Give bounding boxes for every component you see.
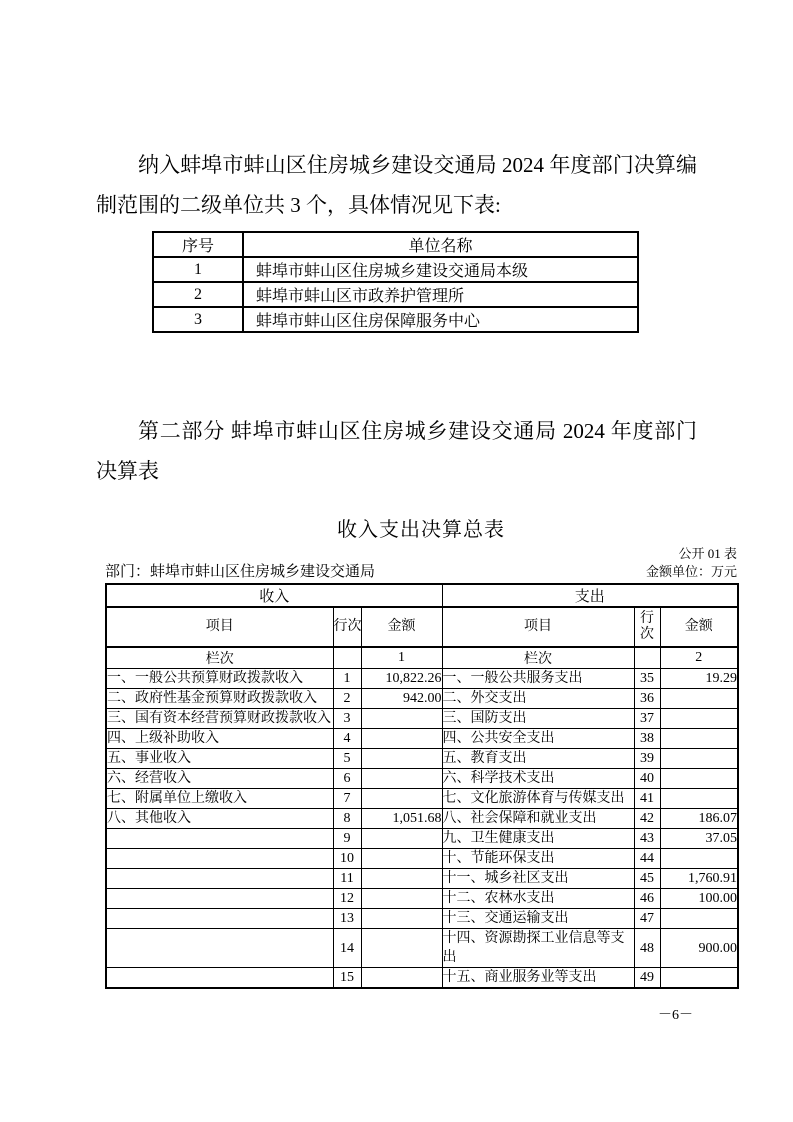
expenditure-amount-cell: 186.07 [660,809,738,829]
expenditure-item-cell: 四、公共安全支出 [442,729,634,749]
expenditure-line-no-cell: 49 [634,968,660,989]
expenditure-line-no-cell: 43 [634,829,660,849]
unit-name-cell: 蚌埠市蚌山区住房城乡建设交通局本级 [243,257,638,282]
unit-name-cell: 蚌埠市蚌山区住房保障服务中心 [243,307,638,332]
expenditure-amount-cell [660,849,738,869]
expenditure-amount-cell [660,968,738,989]
expenditure-item-column-header: 项目 [442,607,634,647]
amount-unit-label: 金额单位：万元 [646,562,737,582]
income-amount-cell [361,729,442,749]
expenditure-amount-cell [660,749,738,769]
expenditure-amount-cell [660,729,738,749]
table-row: 1 蚌埠市蚌山区住房城乡建设交通局本级 [153,257,638,282]
expenditure-line-no-cell: 36 [634,689,660,709]
column-header-row: 项目 行次 金额 项目 行次 金额 [106,607,738,647]
table-row: 一、一般公共预算财政拨款收入 1 10,822.26 一、一般公共服务支出 35… [106,669,738,689]
expenditure-amount-cell [660,709,738,729]
income-item-column-header: 项目 [106,607,333,647]
table-row: 三、国有资本经营预算财政拨款收入 3 三、国防支出 37 [106,709,738,729]
table-row: 15 十五、商业服务业等支出 49 [106,968,738,989]
empty-cell [634,647,660,669]
expenditure-item-cell: 五、教育支出 [442,749,634,769]
income-item-cell [106,968,333,989]
income-section-header: 收入 [106,584,442,607]
income-amount-cell [361,749,442,769]
expenditure-item-cell: 九、卫生健康支出 [442,829,634,849]
expenditure-amount-cell: 1,760.91 [660,869,738,889]
expenditure-line-no-cell: 40 [634,769,660,789]
expenditure-item-cell: 六、科学技术支出 [442,769,634,789]
income-amount-cell: 10,822.26 [361,669,442,689]
expenditure-index-number-cell: 2 [660,647,738,669]
income-line-no-cell: 6 [333,769,361,789]
section-header-row: 收入 支出 [106,584,738,607]
income-line-no-cell: 5 [333,749,361,769]
income-line-no-cell: 9 [333,829,361,849]
income-line-no-column-header: 行次 [333,607,361,647]
expenditure-index-label-cell: 栏次 [442,647,634,669]
income-amount-cell [361,968,442,989]
table-row: 13 十三、交通运输支出 47 [106,909,738,929]
expenditure-item-cell: 十一、城乡社区支出 [442,869,634,889]
column-index-row: 栏次 1 栏次 2 [106,647,738,669]
expenditure-line-no-cell: 46 [634,889,660,909]
table-row: 二、政府性基金预算财政拨款收入 2 942.00 二、外交支出 36 [106,689,738,709]
income-item-cell [106,869,333,889]
expenditure-line-no-cell: 47 [634,909,660,929]
table-row: 3 蚌埠市蚌山区住房保障服务中心 [153,307,638,332]
expenditure-item-cell: 十二、农林水支出 [442,889,634,909]
table-row: 14 十四、资源勘探工业信息等支出 48 900.00 [106,929,738,968]
expenditure-item-cell: 十四、资源勘探工业信息等支出 [442,929,634,968]
summary-table-title: 收入支出决算总表 [105,513,737,542]
income-line-no-cell: 8 [333,809,361,829]
table-row: 12 十二、农林水支出 46 100.00 [106,889,738,909]
income-amount-cell: 942.00 [361,689,442,709]
expenditure-item-cell: 二、外交支出 [442,689,634,709]
summary-table-block: 收入支出决算总表 公开 01 表 部门：蚌埠市蚌山区住房城乡建设交通局 金额单位… [105,513,737,989]
income-amount-cell [361,829,442,849]
expenditure-amount-cell: 100.00 [660,889,738,909]
unit-number-cell: 3 [153,307,243,332]
expenditure-line-no-cell: 48 [634,929,660,968]
table-row: 9 九、卫生健康支出 43 37.05 [106,829,738,849]
units-col-header-name: 单位名称 [243,232,638,257]
table-meta-row: 部门：蚌埠市蚌山区住房城乡建设交通局 金额单位：万元 [105,562,737,582]
income-item-cell [106,889,333,909]
income-item-cell [106,909,333,929]
expenditure-amount-cell: 900.00 [660,929,738,968]
expenditure-line-no-cell: 44 [634,849,660,869]
income-line-no-cell: 3 [333,709,361,729]
expenditure-amount-cell: 19.29 [660,669,738,689]
expenditure-item-cell: 三、国防支出 [442,709,634,729]
expenditure-amount-cell [660,909,738,929]
expenditure-amount-cell: 37.05 [660,829,738,849]
expenditure-section-header: 支出 [442,584,738,607]
income-amount-cell [361,709,442,729]
units-table-header-row: 序号 单位名称 [153,232,638,257]
expenditure-line-no-cell: 39 [634,749,660,769]
document-page: 纳入蚌埠市蚌山区住房城乡建设交通局 2024 年度部门决算编制范围的二级单位共 … [0,0,793,1122]
income-item-cell [106,929,333,968]
units-col-header-number: 序号 [153,232,243,257]
table-row: 10 十、节能环保支出 44 [106,849,738,869]
empty-cell [333,647,361,669]
income-line-no-cell: 2 [333,689,361,709]
income-amount-cell [361,909,442,929]
expenditure-item-cell: 十、节能环保支出 [442,849,634,869]
income-line-no-cell: 1 [333,669,361,689]
expenditure-line-no-column-header: 行次 [634,607,660,647]
intro-paragraph: 纳入蚌埠市蚌山区住房城乡建设交通局 2024 年度部门决算编制范围的二级单位共 … [96,145,697,225]
subordinate-units-table: 序号 单位名称 1 蚌埠市蚌山区住房城乡建设交通局本级 2 蚌埠市蚌山区市政养护… [152,231,639,333]
income-line-no-cell: 15 [333,968,361,989]
unit-number-cell: 1 [153,257,243,282]
expenditure-line-no-cell: 35 [634,669,660,689]
income-line-no-cell: 4 [333,729,361,749]
income-amount-cell: 1,051.68 [361,809,442,829]
income-amount-cell [361,789,442,809]
table-row: 2 蚌埠市蚌山区市政养护管理所 [153,282,638,307]
section-heading: 第二部分 蚌埠市蚌山区住房城乡建设交通局 2024 年度部门决算表 [96,411,697,491]
table-row: 六、经营收入 6 六、科学技术支出 40 [106,769,738,789]
income-item-cell: 一、一般公共预算财政拨款收入 [106,669,333,689]
table-row: 七、附属单位上缴收入 7 七、文化旅游体育与传媒支出 41 [106,789,738,809]
income-amount-cell [361,769,442,789]
income-item-cell: 四、上级补助收入 [106,729,333,749]
income-line-no-cell: 7 [333,789,361,809]
income-amount-cell [361,929,442,968]
page-number: －6－ [0,1004,793,1024]
income-item-cell: 六、经营收入 [106,769,333,789]
income-item-cell: 三、国有资本经营预算财政拨款收入 [106,709,333,729]
income-index-number-cell: 1 [361,647,442,669]
income-item-cell: 二、政府性基金预算财政拨款收入 [106,689,333,709]
expenditure-amount-cell [660,789,738,809]
expenditure-line-no-cell: 38 [634,729,660,749]
income-amount-cell [361,869,442,889]
income-item-cell [106,829,333,849]
income-line-no-cell: 11 [333,869,361,889]
expenditure-item-cell: 七、文化旅游体育与传媒支出 [442,789,634,809]
table-row: 11 十一、城乡社区支出 45 1,760.91 [106,869,738,889]
income-line-no-cell: 14 [333,929,361,968]
expenditure-line-no-cell: 42 [634,809,660,829]
expenditure-amount-cell [660,689,738,709]
table-row: 四、上级补助收入 4 四、公共安全支出 38 [106,729,738,749]
income-expenditure-summary-table: 收入 支出 项目 行次 金额 项目 行次 金额 栏次 1 栏次 [105,583,739,989]
income-amount-cell [361,889,442,909]
expenditure-item-cell: 一、一般公共服务支出 [442,669,634,689]
expenditure-item-cell: 十三、交通运输支出 [442,909,634,929]
unit-name-cell: 蚌埠市蚌山区市政养护管理所 [243,282,638,307]
income-item-cell: 七、附属单位上缴收入 [106,789,333,809]
income-item-cell [106,849,333,869]
expenditure-line-no-cell: 45 [634,869,660,889]
income-item-cell: 五、事业收入 [106,749,333,769]
expenditure-line-no-cell: 41 [634,789,660,809]
department-label: 部门：蚌埠市蚌山区住房城乡建设交通局 [105,562,375,582]
unit-number-cell: 2 [153,282,243,307]
expenditure-item-cell: 八、社会保障和就业支出 [442,809,634,829]
table-row: 八、其他收入 8 1,051.68 八、社会保障和就业支出 42 186.07 [106,809,738,829]
income-line-no-cell: 10 [333,849,361,869]
table-row: 五、事业收入 5 五、教育支出 39 [106,749,738,769]
income-line-no-cell: 12 [333,889,361,909]
income-amount-cell [361,849,442,869]
income-item-cell: 八、其他收入 [106,809,333,829]
income-index-label-cell: 栏次 [106,647,333,669]
expenditure-item-cell: 十五、商业服务业等支出 [442,968,634,989]
expenditure-line-no-cell: 37 [634,709,660,729]
expenditure-amount-cell [660,769,738,789]
income-line-no-cell: 13 [333,909,361,929]
table-code-label: 公开 01 表 [105,546,737,562]
expenditure-amount-column-header: 金额 [660,607,738,647]
income-amount-column-header: 金额 [361,607,442,647]
